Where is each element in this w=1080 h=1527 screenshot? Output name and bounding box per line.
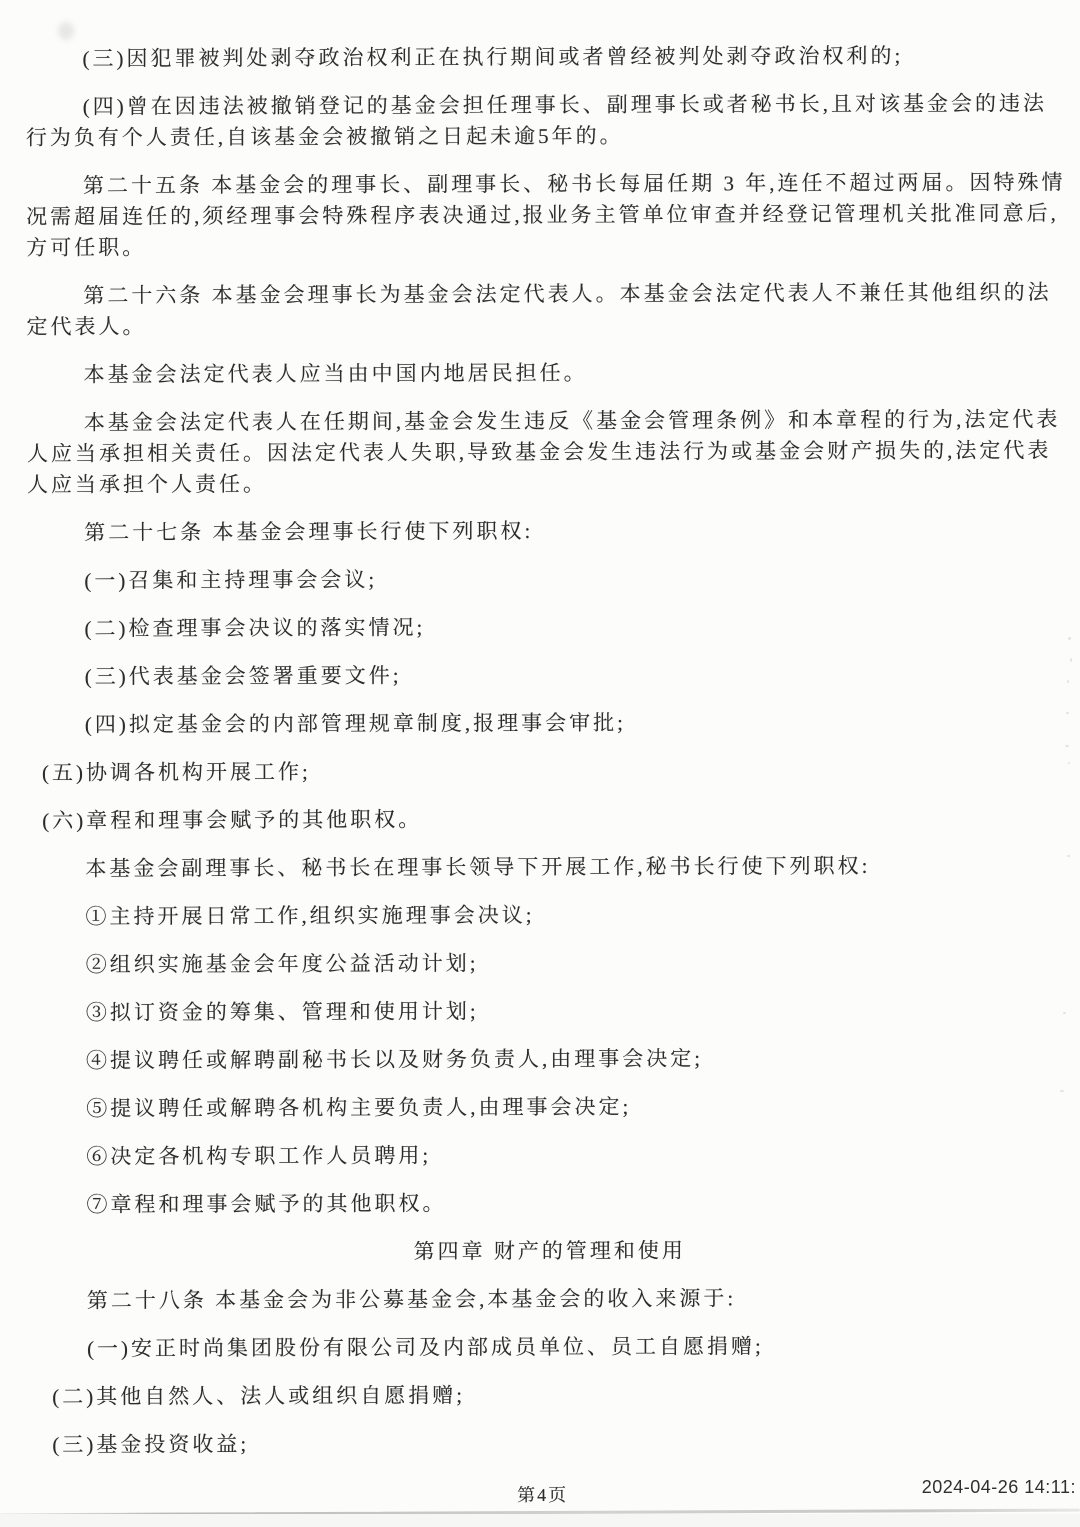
article-27-item-2: (二)检查理事会决议的落实情况;	[27, 610, 1067, 645]
scan-speck	[1067, 680, 1069, 683]
para-legal-rep-residency: 本基金会法定代表人应当由中国内地居民担任。	[27, 356, 1067, 391]
scan-speck	[1068, 637, 1071, 640]
article-28-item-1: (一)安正时尚集团股份有限公司及内部成员单位、员工自愿捐赠;	[30, 1330, 1070, 1365]
para-legal-rep-liability: 本基金会法定代表人在任期间,基金会发生违反《基金会管理条例》和本章程的行为,法定…	[27, 404, 1067, 501]
article-28-intro: 第二十八条 本基金会为非公募基金会,本基金会的收入来源于:	[30, 1282, 1070, 1317]
article-27-item-5: (五)协调各机构开展工作;	[28, 754, 1068, 789]
chapter-4-heading: 第四章 财产的管理和使用	[30, 1234, 1070, 1269]
scan-speck	[1060, 1090, 1064, 1092]
scan-speck	[1067, 855, 1070, 857]
scan-speck	[1068, 762, 1070, 764]
secretary-duty-3: ③拟订资金的筹集、管理和使用计划;	[29, 994, 1069, 1029]
article-27-item-4: (四)拟定基金会的内部管理规章制度,报理事会审批;	[28, 706, 1068, 741]
secretary-duty-5: ⑤提议聘任或解聘各机构主要负责人,由理事会决定;	[29, 1090, 1069, 1125]
clause-disqualify-3: (三)因犯罪被判处剥夺政治权利正在执行期间或者曾经被判处剥夺政治权利的;	[25, 40, 1065, 75]
para-secretary-intro: 本基金会副理事长、秘书长在理事长领导下开展工作,秘书长行使下列职权:	[28, 850, 1068, 885]
secretary-duty-1: ①主持开展日常工作,组织实施理事会决议;	[28, 898, 1068, 933]
secretary-duty-2: ②组织实施基金会年度公益活动计划;	[29, 946, 1069, 981]
article-25: 第二十五条 本基金会的理事长、副理事长、秘书长每届任期 3 年,连任不超过两届。…	[26, 167, 1066, 264]
article-27-item-6: (六)章程和理事会赋予的其他职权。	[28, 802, 1068, 837]
article-28-item-3: (三)基金投资收益;	[30, 1426, 1070, 1461]
secretary-duty-6: ⑥决定各机构专职工作人员聘用;	[29, 1138, 1069, 1173]
scan-timestamp: 2024-04-26 14:11:	[922, 1477, 1076, 1498]
scan-speck	[1066, 712, 1069, 714]
secretary-duty-7: ⑦章程和理事会赋予的其他职权。	[29, 1186, 1069, 1221]
document-body: (三)因犯罪被判处剥夺政治权利正在执行期间或者曾经被判处剥夺政治权利的; (四)…	[0, 0, 1080, 1527]
clause-disqualify-4: (四)曾在因违法被撤销登记的基金会担任理事长、副理事长或者秘书长,且对该基金会的…	[26, 88, 1066, 154]
article-26: 第二十六条 本基金会理事长为基金会法定代表人。本基金会法定代表人不兼任其他组织的…	[26, 277, 1066, 343]
scan-speck	[1063, 1012, 1066, 1014]
scan-speck	[1070, 658, 1072, 662]
page-bottom-margin	[0, 1514, 1080, 1527]
scan-speck	[1065, 745, 1069, 747]
article-27-item-1: (一)召集和主持理事会会议;	[27, 562, 1067, 597]
article-27-item-3: (三)代表基金会签署重要文件;	[28, 658, 1068, 693]
article-27-intro: 第二十七条 本基金会理事长行使下列职权:	[27, 514, 1067, 549]
scan-smudge	[58, 22, 74, 40]
article-28-item-2: (二)其他自然人、法人或组织自愿捐赠;	[30, 1378, 1070, 1413]
scanned-document-page: { "page": { "colors": { "background": "#…	[0, 0, 1080, 1527]
secretary-duty-4: ④提议聘任或解聘副秘书长以及财务负责人,由理事会决定;	[29, 1042, 1069, 1077]
page-number: 第4页	[3, 1479, 1080, 1509]
